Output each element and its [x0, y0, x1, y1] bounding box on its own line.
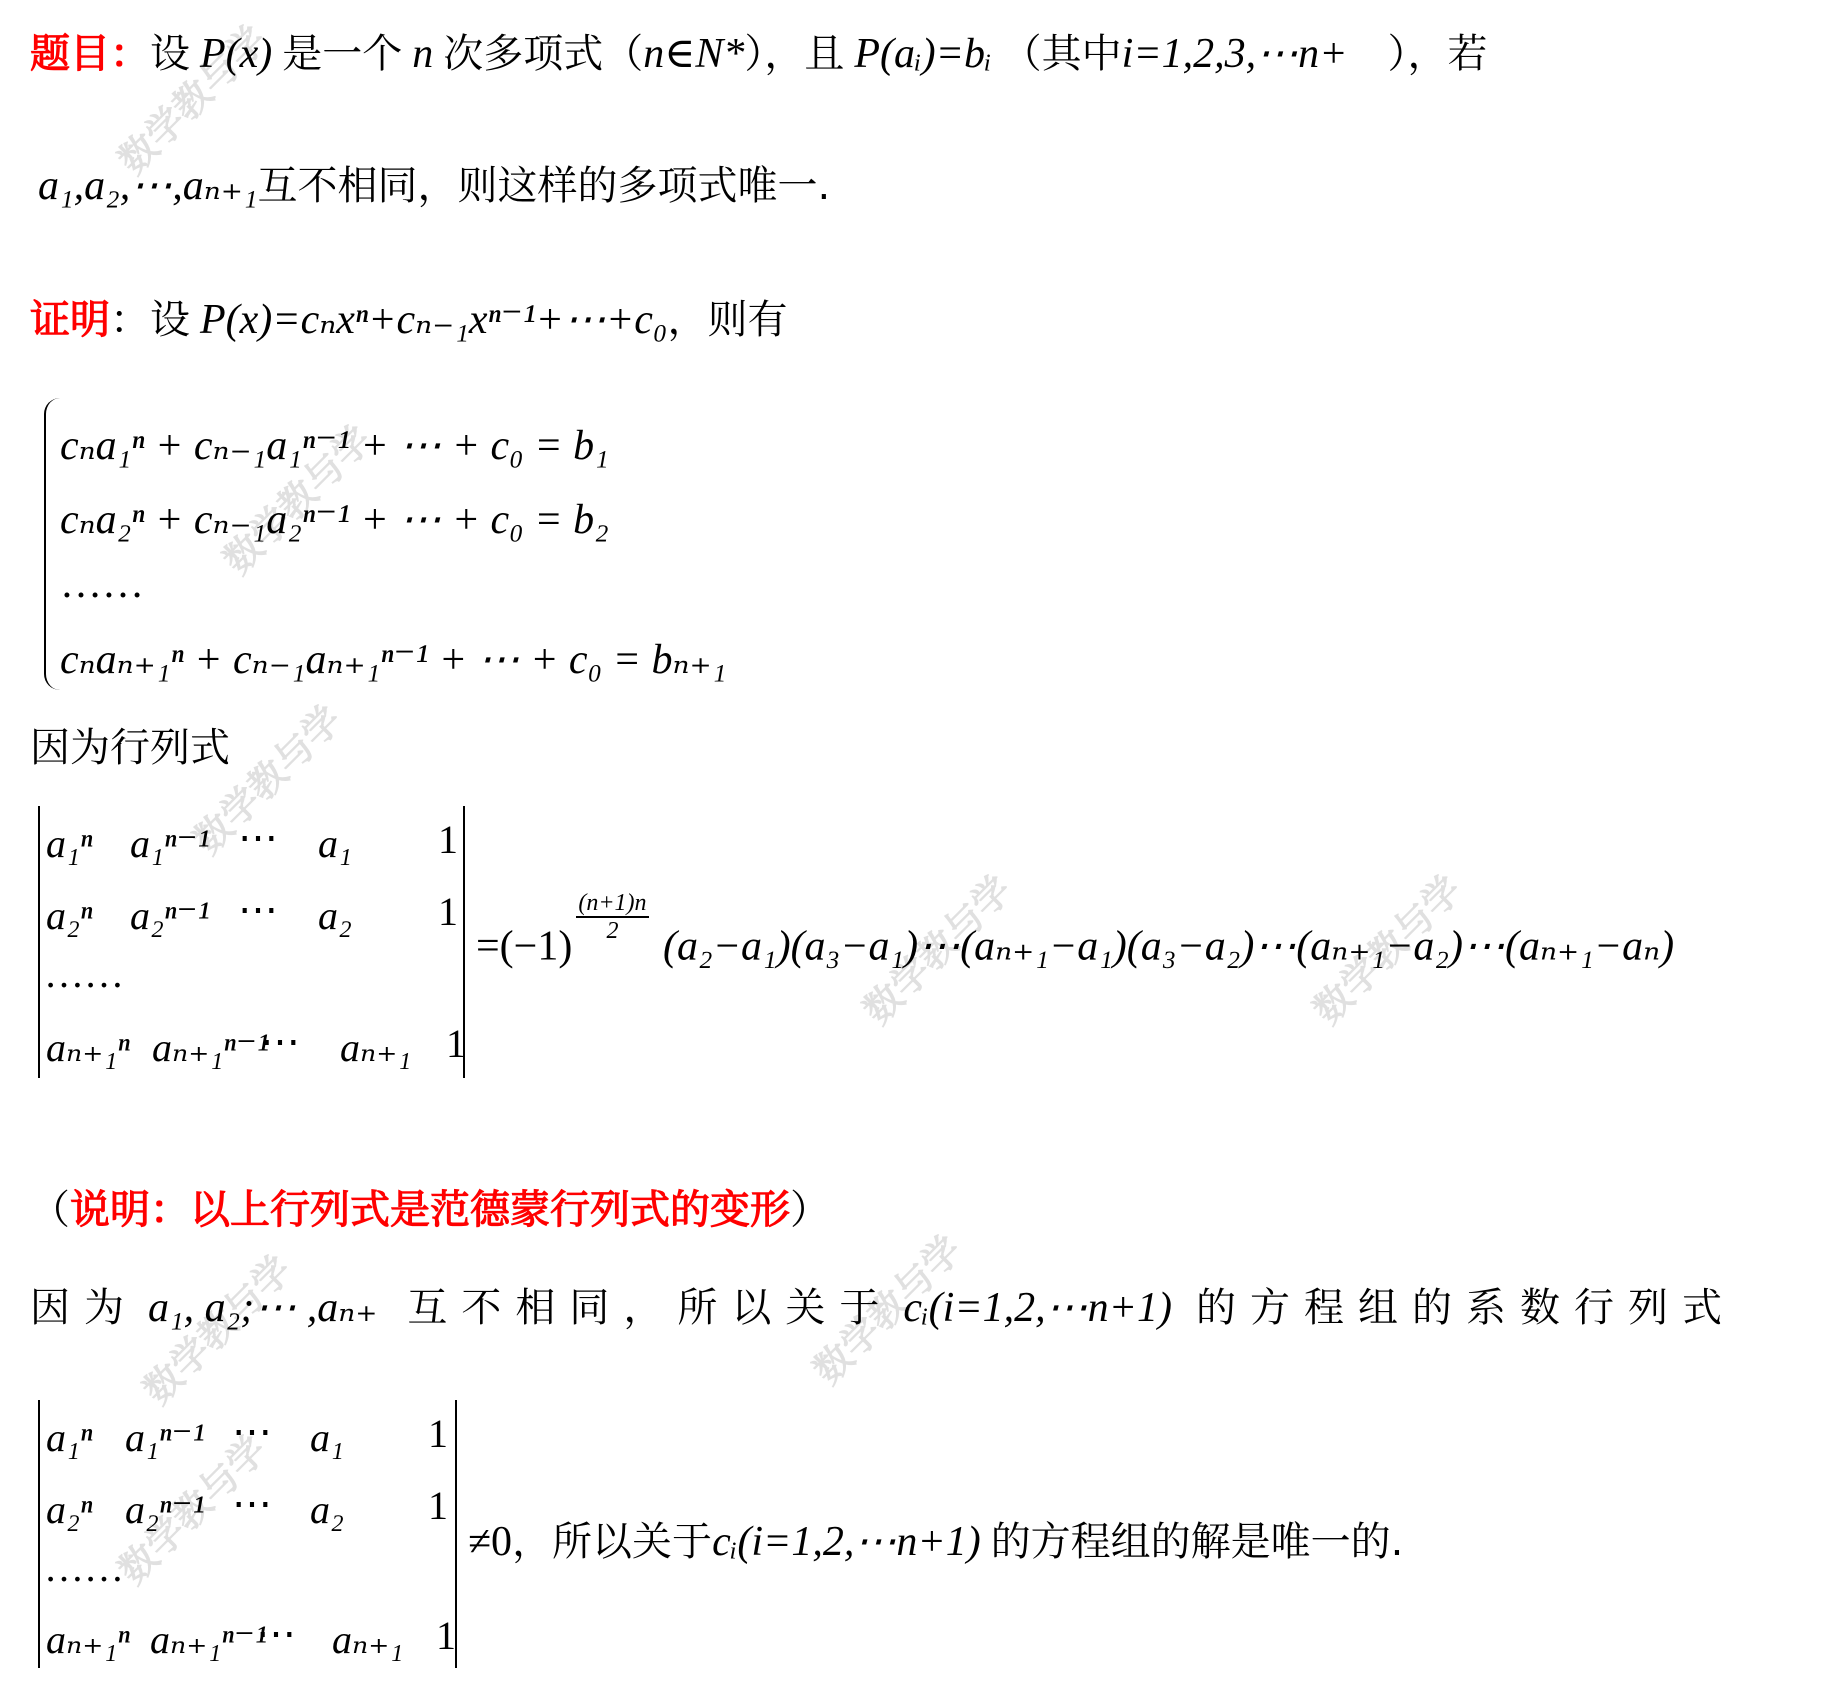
- system-row: cₙa₂ⁿ + cₙ₋₁a₂ⁿ⁻¹ + ⋯ + c₀ = b₂: [60, 496, 609, 544]
- problem-line-1: 题目：设 P(x) 是一个 n 次多项式（n∈N*），且 P(aᵢ)=bᵢ （其…: [30, 30, 1488, 78]
- det-bar-left: [38, 806, 40, 1078]
- system-row: cₙaₙ₊₁ⁿ + cₙ₋₁aₙ₊₁ⁿ⁻¹ + ⋯ + c₀ = bₙ₊₁: [60, 636, 726, 684]
- problem-label: 题目：: [30, 31, 150, 77]
- proof-line: 证明：设 P(x)=cₙxⁿ+cₙ₋₁xⁿ⁻¹+⋯+c₀，则有: [30, 296, 787, 344]
- exponent-fraction: (n+1)n2: [576, 890, 648, 944]
- left-brace: [44, 398, 60, 690]
- conclusion-line: ≠0，所以关于cᵢ(i=1,2,⋯n+1) 的方程组的解是唯一的.: [468, 1518, 1403, 1566]
- det2-bar-left: [38, 1400, 40, 1668]
- system-row: cₙa₁ⁿ + cₙ₋₁a₁ⁿ⁻¹ + ⋯ + c₀ = b₁: [60, 422, 609, 470]
- system-row: ……: [60, 560, 144, 608]
- since-line: 因为 a₁, a₂;⋯ ,aₙ₊ 互不相同，所以关于 cᵢ(i=1,2,⋯n+1…: [30, 1284, 1736, 1332]
- note-line: （说明：以上行列式是范德蒙行列式的变形）: [30, 1186, 830, 1234]
- problem-line-2: a₁,a₂,⋯,aₙ₊₁互不相同，则这样的多项式唯一.: [38, 162, 830, 210]
- because-det-text: 因为行列式: [30, 724, 230, 772]
- note-text: 说明：以上行列式是范德蒙行列式的变形: [70, 1187, 790, 1233]
- proof-label: 证明: [30, 297, 110, 343]
- det-expansion: =(−1)(n+1)n2 (a₂−a₁)(a₃−a₁)⋯(aₙ₊₁−a₁)(a₃…: [476, 890, 1674, 971]
